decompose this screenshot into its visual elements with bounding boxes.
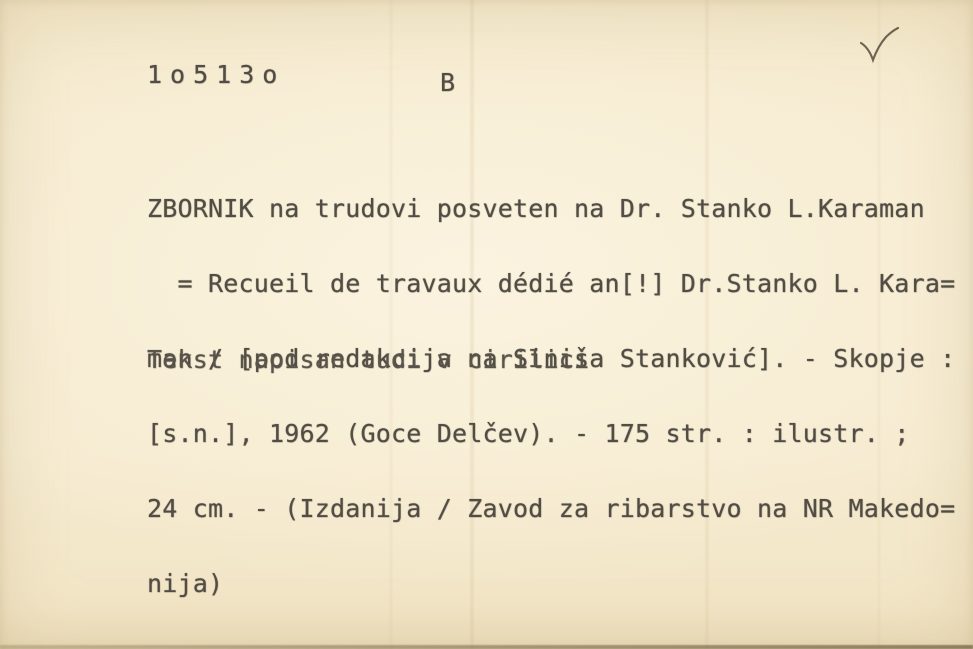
checkmark-icon: [856, 26, 902, 70]
entry-line: ZBORNIK na trudovi posveten na Dr. Stank…: [147, 196, 955, 221]
entry-line: [s.n.], 1962 (Goce Delčev). - 175 str. :…: [147, 421, 955, 446]
entry-line: = Recueil de travaux dédié an[!] Dr.Stan…: [147, 271, 955, 296]
entry-line: 24 cm. - (Izdanija / Zavod za ribarstvo …: [147, 496, 955, 521]
catalog-card: 1o513o B ZBORNIK na trudovi posveten na …: [0, 0, 973, 649]
entry-line: nija): [147, 571, 955, 596]
call-number: 1o513o: [147, 62, 285, 87]
section-letter: B: [440, 70, 455, 95]
language-note: Tekst napisan tudi v cirilici: [147, 347, 589, 372]
bibliographic-entry: ZBORNIK na trudovi posveten na Dr. Stank…: [147, 146, 955, 646]
